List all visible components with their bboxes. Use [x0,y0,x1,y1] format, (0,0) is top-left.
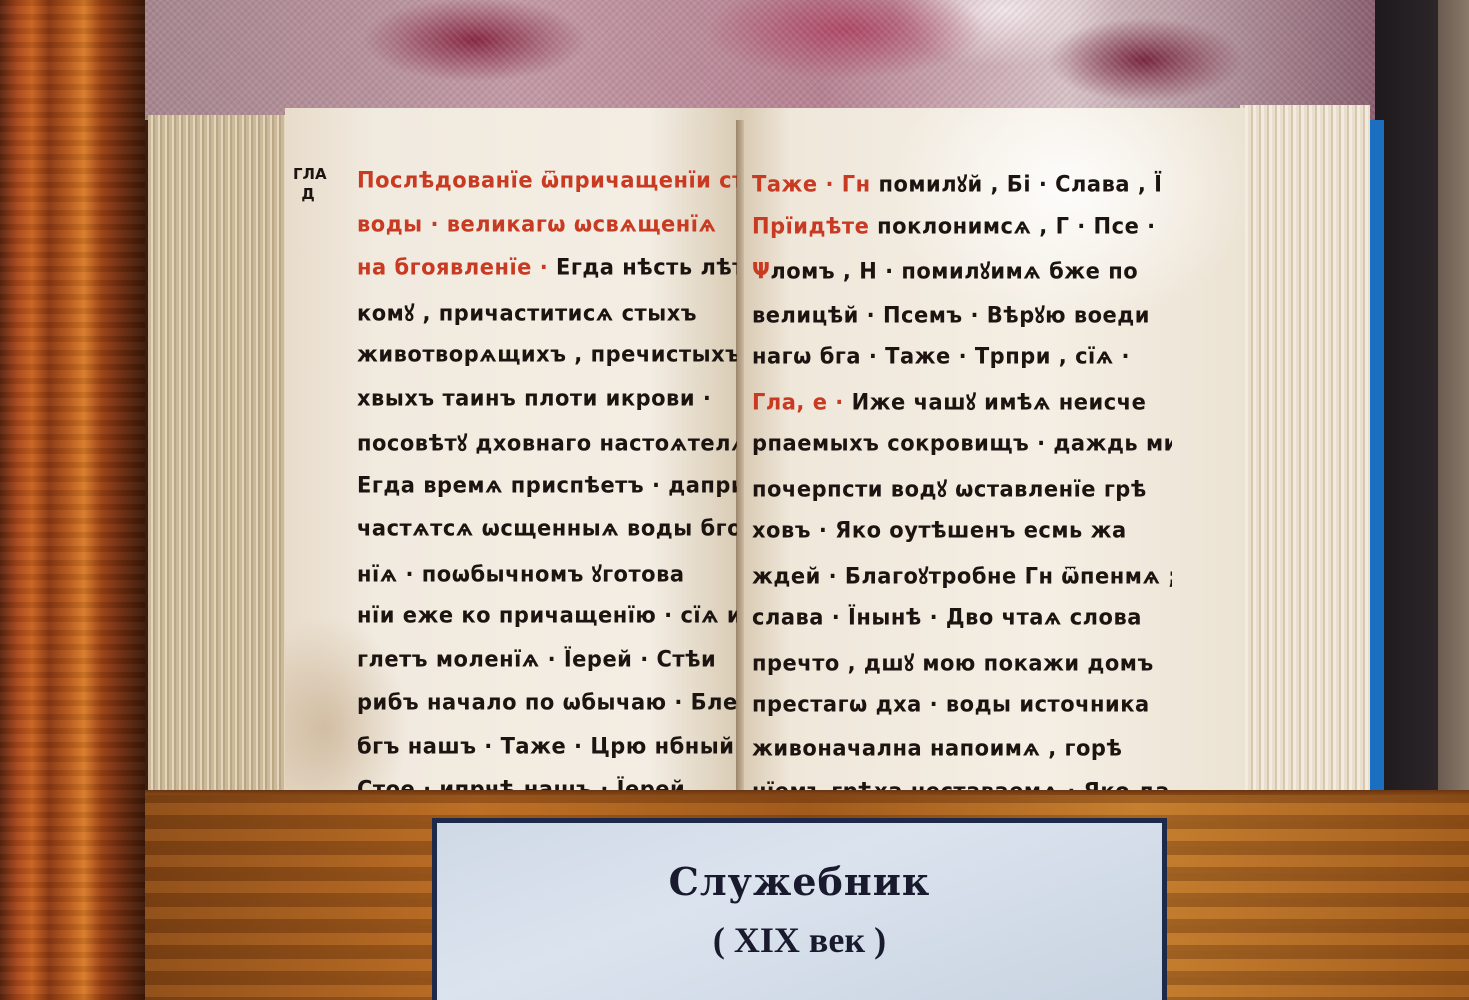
body-text: Иже чашꙋ имѣѧ неисче [844,389,1147,414]
rubric-text: Послѣдованїе ѿпричащенїи стыѧ [357,167,737,192]
body-text: велицѣй · Псемъ · Вѣрꙋю воеди [752,302,1150,327]
rubric-text: воды · великагѡ ѡсвѧщенїѧ [357,211,716,236]
manuscript-line: бгъ нашъ · Таже · Црю нбный · [357,733,737,758]
body-text: пречто , дшꙋ мою покажи домъ [752,650,1154,675]
body-text: престагѡ дха · воды источника [752,691,1150,716]
body-text: животворѧщихъ , пречистыхъ [357,341,737,366]
body-text: нагѡ бга · Таже · Трпри , сїѧ · [752,343,1130,368]
manuscript-line: на бгоявленїе · Егда нѣсть лѣто [357,254,737,279]
manuscript-line: частѧтсѧ ѡсщенныѧ воды бгоявле [357,515,737,540]
body-text: рибъ начало по ѡбычаю · Бленъ [357,689,737,714]
margin-note-line: Д [293,184,323,204]
body-text: посовѣтꙋ дховнаго настоѧтелѧ, [357,430,737,455]
exhibit-title: Служебник [437,859,1162,904]
body-text: бгъ нашъ · Таже · Црю нбный · [357,733,737,758]
body-text: почерпсти водꙋ ѡставленїе грѣ [752,476,1147,501]
manuscript-line: Прїидѣте поклонимсѧ , Г · Псе · [752,213,1172,238]
manuscript-line: Егда времѧ приспѣетъ · дапри [357,472,737,497]
manuscript-line: ждей · Благоꙋтробне Гн ѿпенмѧ ; [752,561,1172,590]
body-text: глетъ моленїѧ · Їерей · Стѣи [357,646,716,671]
body-text: ховъ · Яко оутѣшенъ есмь жа [752,517,1127,542]
display-case-edge [1438,0,1469,800]
manuscript-line: нагѡ бга · Таже · Трпри , сїѧ · [752,343,1172,368]
manuscript-line: рпаемыхъ сокровищъ · даждь ми [752,430,1172,455]
manuscript-line: Таже · Гн помилꙋй , Бі · Слава , Ї · [752,169,1172,198]
manuscript-line: слава · Їнынѣ · Дво чтаѧ слова [752,604,1172,629]
rubric-text: Ψ [752,258,770,283]
body-text: Егда нѣсть лѣто [548,254,737,279]
rubric-text: Прїидѣте [752,213,869,238]
body-text: ждей · Благоꙋтробне Гн ѿпенмѧ ; [752,563,1172,588]
body-text: нїи еже ко причащенїю · сїѧ изъ [357,602,737,627]
body-text: нїѧ · поѡбычномъ ꙋготова [357,561,685,586]
exhibit-label-card: Служебник ( XIX век ) [432,818,1167,1000]
fabric-backdrop [145,0,1375,120]
manuscript-line: комꙋ , причаститисѧ стыхъ [357,298,737,327]
book-gutter [736,120,744,800]
body-text: ломъ , Н · помилꙋимѧ бже по [770,258,1138,283]
margin-note: ГЛА Д [293,164,323,204]
body-text: поклонимсѧ , Г · Псе · [869,213,1155,238]
body-text: Егда времѧ приспѣетъ · дапри [357,472,737,497]
manuscript-line: Гла, е · Иже чашꙋ имѣѧ неисче [752,387,1172,416]
body-text: рпаемыхъ сокровищъ · даждь ми [752,430,1172,455]
manuscript-line: Ψломъ , Н · помилꙋимѧ бже по [752,256,1172,285]
manuscript-line: хвыхъ таинъ плоти икрови · [357,385,737,410]
exhibit-century: ( XIX век ) [437,919,1162,961]
manuscript-line: живоначална напоимѧ , горѣ [752,735,1172,760]
manuscript-line: нїѧ · поѡбычномъ ꙋготова [357,559,737,588]
rubric-text: Таже · Гн [752,171,871,196]
manuscript-line: посовѣтꙋ дховнаго настоѧтелѧ, [357,428,737,457]
body-text: хвыхъ таинъ плоти икрови · [357,385,711,410]
manuscript-line: животворѧщихъ , пречистыхъ [357,341,737,366]
manuscript-line: пречто , дшꙋ мою покажи домъ [752,648,1172,677]
manuscript-line: велицѣй · Псемъ · Вѣрꙋю воеди [752,300,1172,329]
body-text: помилꙋй , Бі · Слава , Ї · [871,171,1172,196]
right-page: Таже · Гн помилꙋй , Бі · Слава , Ї ·Прїи… [740,108,1245,798]
body-text: слава · Їнынѣ · Дво чтаѧ слова [752,604,1142,629]
manuscript-line: глетъ моленїѧ · Їерей · Стѣи [357,646,737,671]
body-text: живоначална напоимѧ , горѣ [752,735,1122,760]
wooden-frame-left [0,0,145,1000]
left-page: ГЛА Д Послѣдованїе ѿпричащенїи стыѧводы … [285,108,740,798]
manuscript-line: рибъ начало по ѡбычаю · Бленъ [357,689,737,714]
manuscript-line: ховъ · Яко оутѣшенъ есмь жа [752,517,1172,542]
manuscript-line: воды · великагѡ ѡсвѧщенїѧ [357,211,737,236]
page-edges-left [148,115,288,795]
museum-display-photo: ГЛА Д Послѣдованїе ѿпричащенїи стыѧводы … [0,0,1469,1000]
manuscript-line: нїи еже ко причащенїю · сїѧ изъ [357,602,737,627]
blue-cover-strip [1368,120,1384,800]
page-edges-right [1240,105,1370,795]
rubric-text: Гла, е · [752,389,844,414]
rubric-text: на бгоявленїе · [357,254,548,279]
manuscript-line: почерпсти водꙋ ѡставленїе грѣ [752,474,1172,503]
manuscript-line: Послѣдованїе ѿпричащенїи стыѧ [357,167,737,192]
manuscript-line: престагѡ дха · воды источника [752,691,1172,716]
body-text: частѧтсѧ ѡсщенныѧ воды бгоявле [357,515,737,540]
body-text: комꙋ , причаститисѧ стыхъ [357,300,697,325]
margin-note-line: ГЛА [293,164,323,184]
